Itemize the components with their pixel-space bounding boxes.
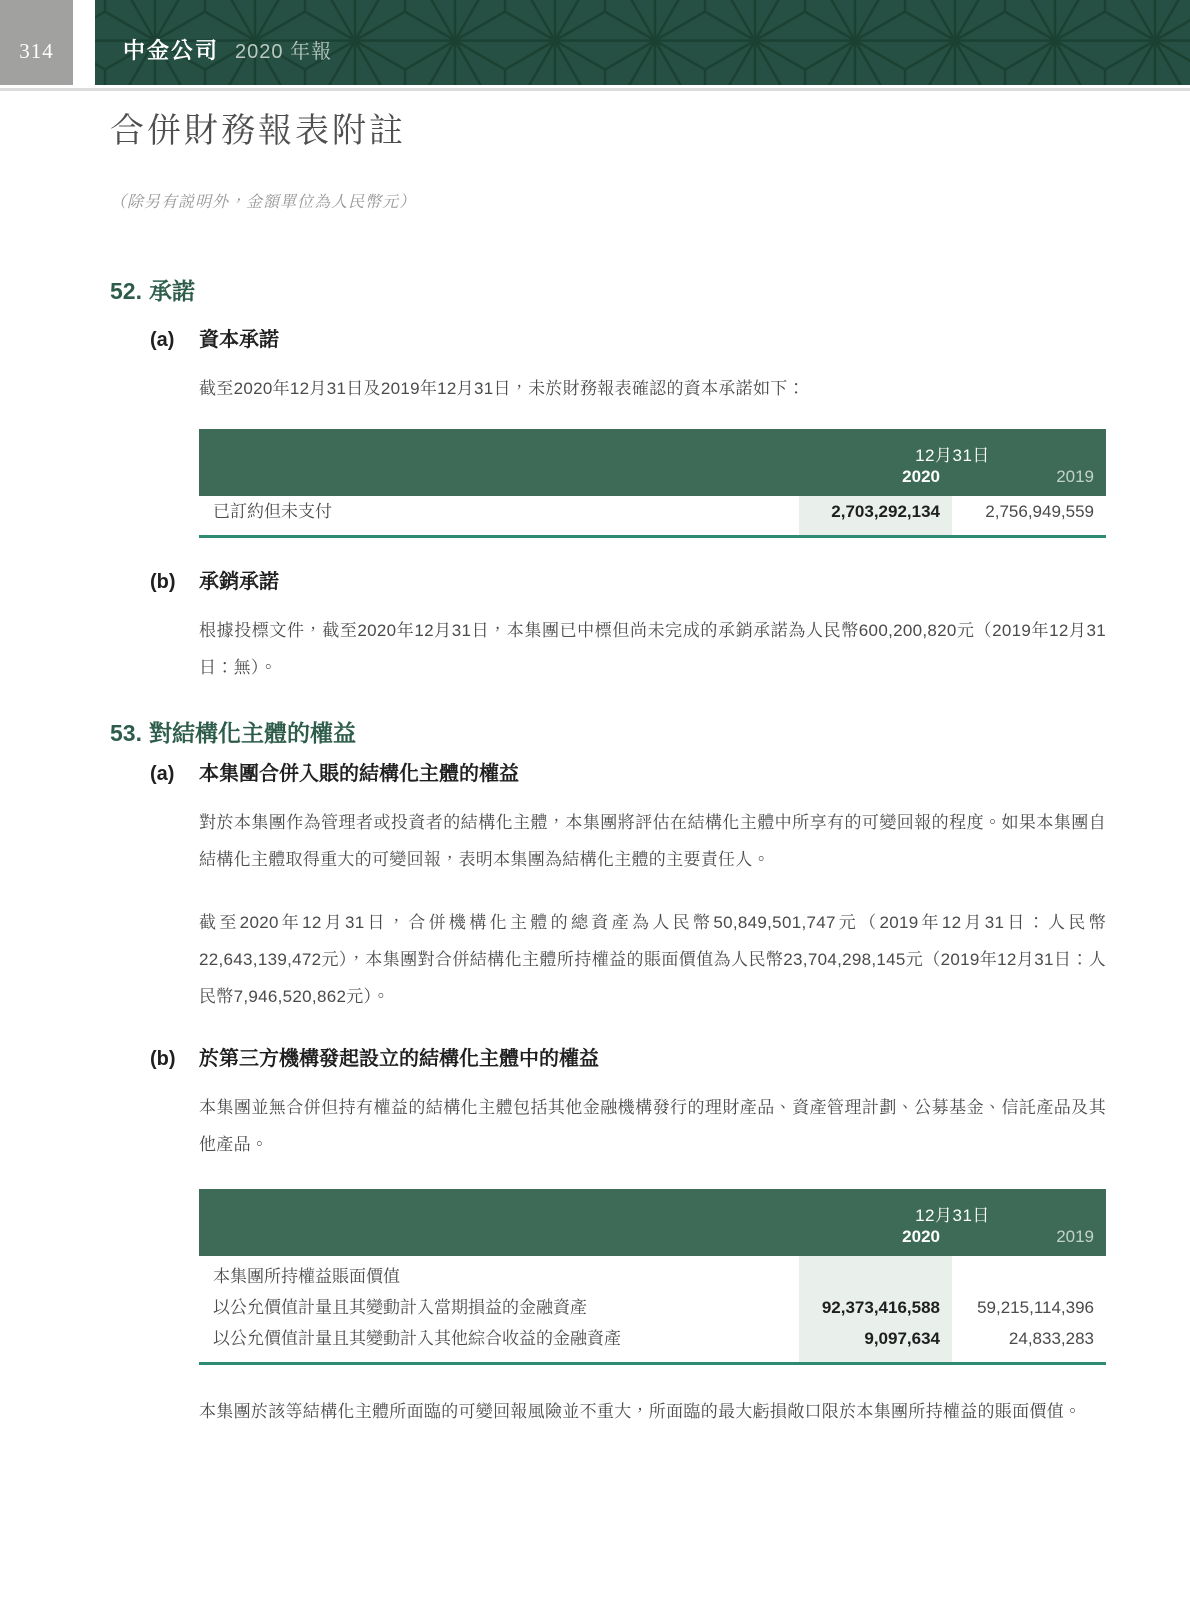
row-label: 本集團所持權益賬面價值	[199, 1256, 799, 1292]
section-52-title: 承諾	[149, 276, 195, 306]
row-label: 以公允價值計量且其變動計入其他綜合收益的金融資產	[199, 1323, 799, 1364]
section-52b-title: 承銷承諾	[199, 568, 279, 596]
section-53a-title: 本集團合併入賬的結構化主體的權益	[199, 760, 519, 788]
document-body: 合併財務報表附註 （除另有説明外，金額單位為人民幣元） 52. 承諾 (a) 資…	[0, 91, 1190, 1430]
header-spacer	[199, 1189, 799, 1226]
capital-commitments-table: 12月31日 2020 2019 已訂約但未支付 2,703,292,134 2…	[199, 429, 1106, 538]
page-number: 314	[19, 21, 54, 64]
section-53b-body: 本集團並無合併但持有權益的結構化主體包括其他金融機構發行的理財產品、資產管理計劃…	[199, 1089, 1106, 1163]
section-53b-closing: 本集團於該等結構化主體所面臨的可變回報風險並不重大，所面臨的最大虧損敞口限於本集…	[199, 1393, 1106, 1430]
section-52-heading: 52. 承諾	[110, 276, 1106, 306]
row-value-2019: 2,756,949,559	[952, 496, 1106, 537]
paragraph: 截至2020年12月31日及2019年12月31日，未於財務報表確認的資本承諾如…	[199, 370, 1106, 407]
banner-text: 中金公司 2020 年報	[123, 0, 332, 85]
header-spacer	[199, 1226, 799, 1256]
header-col-2020: 2020	[799, 1226, 952, 1256]
section-52b-body: 根據投標文件，截至2020年12月31日，本集團已中標但尚未完成的承銷承諾為人民…	[199, 612, 1106, 686]
section-53-title: 對結構化主體的權益	[149, 718, 356, 748]
table-header: 12月31日 2020 2019	[199, 1189, 1106, 1256]
row-value-2019: 59,215,114,396	[952, 1292, 1106, 1323]
paragraph: 對於本集團作為管理者或投資者的結構化主體，本集團將評估在結構化主體中所享有的可變…	[199, 804, 1106, 878]
row-value-2020: 92,373,416,588	[799, 1292, 952, 1323]
section-53a-heading: (a) 本集團合併入賬的結構化主體的權益	[150, 760, 1106, 788]
row-value-2020: 2,703,292,134	[799, 496, 952, 537]
structured-entities-table: 12月31日 2020 2019 本集團所持權益賬面價值 以公允價值計量且其變動…	[199, 1189, 1106, 1365]
header-col-2020: 2020	[799, 466, 952, 496]
table-header: 12月31日 2020 2019	[199, 429, 1106, 496]
section-53a-label: (a)	[150, 760, 199, 788]
company-name: 中金公司	[123, 34, 219, 65]
section-52a-label: (a)	[150, 326, 199, 354]
row-value-2019	[952, 1256, 1106, 1292]
section-53b-title: 於第三方機構發起設立的結構化主體中的權益	[199, 1045, 599, 1073]
section-52a-body: 截至2020年12月31日及2019年12月31日，未於財務報表確認的資本承諾如…	[199, 370, 1106, 407]
table-row: 以公允價值計量且其變動計入其他綜合收益的金融資產 9,097,634 24,83…	[199, 1323, 1106, 1364]
section-53-number: 53.	[110, 718, 149, 748]
header-date-group: 12月31日	[799, 429, 1106, 466]
paragraph: 本集團於該等結構化主體所面臨的可變回報風險並不重大，所面臨的最大虧損敞口限於本集…	[199, 1393, 1106, 1430]
header-date-group: 12月31日	[799, 1189, 1106, 1226]
table-row: 已訂約但未支付 2,703,292,134 2,756,949,559	[199, 496, 1106, 537]
report-year: 2020 年報	[235, 35, 332, 64]
header-banner: 中金公司 2020 年報	[95, 0, 1190, 85]
section-53b-label: (b)	[150, 1045, 199, 1073]
header-spacer	[199, 466, 799, 496]
paragraph: 根據投標文件，截至2020年12月31日，本集團已中標但尚未完成的承銷承諾為人民…	[199, 612, 1106, 686]
section-53b-heading: (b) 於第三方機構發起設立的結構化主體中的權益	[150, 1045, 1106, 1073]
section-53a-body: 對於本集團作為管理者或投資者的結構化主體，本集團將評估在結構化主體中所享有的可變…	[199, 804, 1106, 1015]
section-52a-heading: (a) 資本承諾	[150, 326, 1106, 354]
table-row: 本集團所持權益賬面價值	[199, 1256, 1106, 1292]
section-53-heading: 53. 對結構化主體的權益	[110, 718, 1106, 748]
row-label: 以公允價值計量且其變動計入當期損益的金融資產	[199, 1292, 799, 1323]
paragraph: 本集團並無合併但持有權益的結構化主體包括其他金融機構發行的理財產品、資產管理計劃…	[199, 1089, 1106, 1163]
header-col-2019: 2019	[952, 466, 1106, 496]
table-row: 以公允價值計量且其變動計入當期損益的金融資產 92,373,416,588 59…	[199, 1292, 1106, 1323]
page-header: 314 中金公司 2020 年報	[0, 0, 1190, 85]
paragraph: 截至2020年12月31日，合併機構化主體的總資產為人民幣50,849,501,…	[199, 904, 1106, 1015]
section-52a-title: 資本承諾	[199, 326, 279, 354]
page-number-box: 314	[0, 0, 73, 85]
page-subtitle: （除另有説明外，金額單位為人民幣元）	[110, 189, 1106, 212]
row-value-2020	[799, 1256, 952, 1292]
header-col-2019: 2019	[952, 1226, 1106, 1256]
section-52-number: 52.	[110, 276, 149, 306]
section-52b-label: (b)	[150, 568, 199, 596]
row-value-2020: 9,097,634	[799, 1323, 952, 1364]
header-spacer	[199, 429, 799, 466]
section-52b-heading: (b) 承銷承諾	[150, 568, 1106, 596]
page-title: 合併財務報表附註	[110, 109, 1106, 153]
row-value-2019: 24,833,283	[952, 1323, 1106, 1364]
row-label: 已訂約但未支付	[199, 496, 799, 537]
